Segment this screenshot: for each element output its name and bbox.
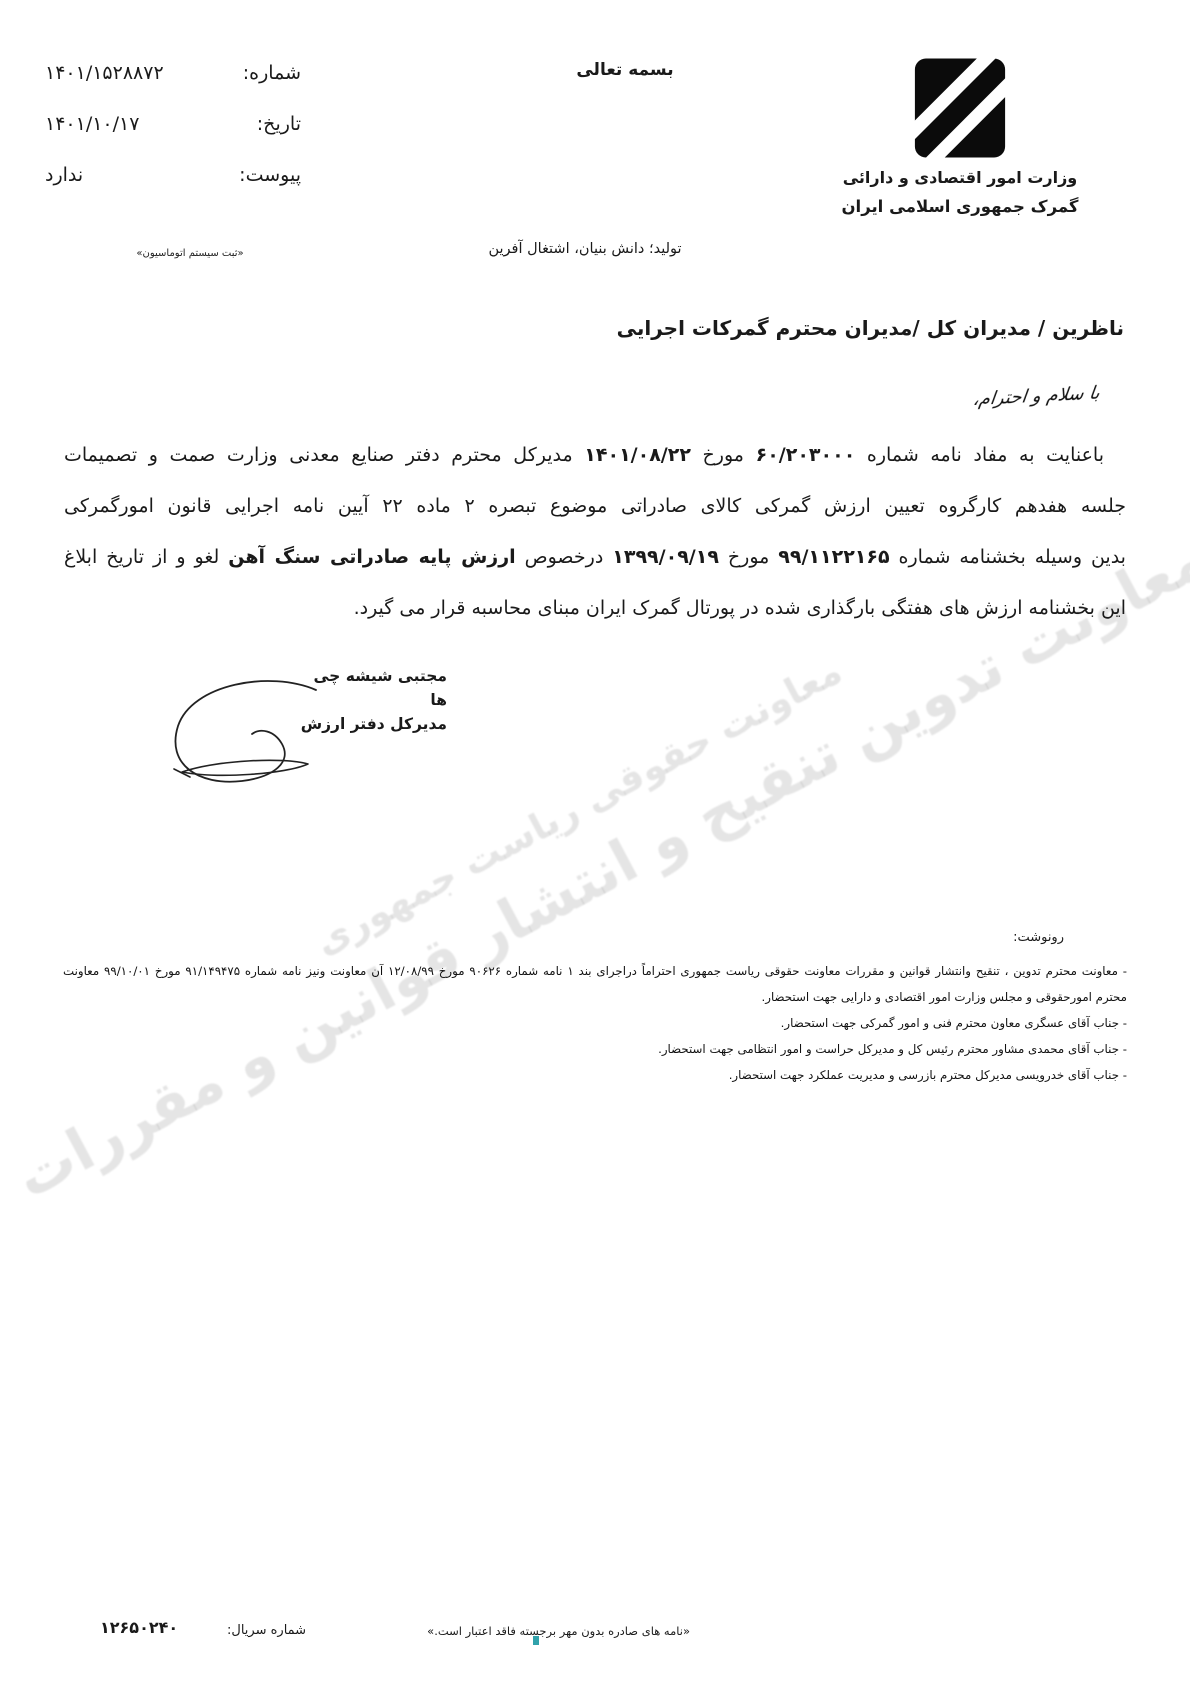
recipients-heading: ناظرین / مدیران کل /مدیران محترم گمرکات … xyxy=(617,316,1124,340)
year-slogan: تولید؛ دانش بنیان، اشتغال آفرین xyxy=(465,241,705,257)
letter-date-row: تاریخ: ۱۴۰۱/۱۰/۱۷ xyxy=(45,113,301,135)
cc-item-4: - جناب آقای خدرویسی مدیرکل محترم بازرسی … xyxy=(63,1062,1127,1088)
body-l1-ref-number: ۶۰/۲۰۳۰۰۰ xyxy=(756,444,856,466)
cc-label: رونوشت: xyxy=(1013,930,1064,945)
body-l3-text-a: بدین وسیله بخشنامه شماره xyxy=(890,546,1126,568)
ministry-name: وزارت امور اقتصادی و دارائی xyxy=(820,168,1100,187)
serial-number-label: شماره سریال: xyxy=(227,1623,306,1638)
body-l3-circular-number: ۹۹/۱۱۲۲۱۶۵ xyxy=(778,546,889,568)
serial-number-value: ۱۲۶۵۰۲۴۰ xyxy=(100,1618,178,1637)
handwritten-salutation: با سلام و احترام، xyxy=(972,383,1101,411)
attachment-value: ندارد xyxy=(45,164,83,186)
footer-disclaimer: «نامه های صادره بدون مهر برجسته فاقد اعت… xyxy=(398,1624,690,1638)
cc-item-1: - معاونت محترم تدوین ، تنقیح وانتشار قوا… xyxy=(63,958,1127,1010)
teal-print-mark xyxy=(533,1636,539,1645)
attachment-row: پیوست: ندارد xyxy=(45,164,301,186)
body-l1-ref-date: ۱۴۰۱/۰۸/۲۲ xyxy=(584,444,691,466)
body-l3-text-b: مورخ xyxy=(719,546,778,568)
letter-body: باعنایت به مفاد نامه شماره ۶۰/۲۰۳۰۰۰ مور… xyxy=(64,430,1126,634)
bismillah-text: بسمه تعالی xyxy=(540,60,710,80)
body-line-3: بدین وسیله بخشنامه شماره ۹۹/۱۱۲۲۱۶۵ مورخ… xyxy=(64,532,1126,583)
cc-list: - معاونت محترم تدوین ، تنقیح وانتشار قوا… xyxy=(63,958,1127,1088)
body-line-2: جلسه هفدهم کارگروه تعیین ارزش گمرکی کالا… xyxy=(64,481,1126,532)
letter-date-label: تاریخ: xyxy=(257,113,301,135)
organization-name: گمرک جمهوری اسلامی ایران xyxy=(820,197,1100,216)
body-l1-text-a: باعنایت به مفاد نامه شماره xyxy=(855,444,1104,466)
customs-logo-icon xyxy=(905,50,1015,166)
attachment-label: پیوست: xyxy=(239,164,301,186)
body-l3-subject-bold: ارزش پایه صادراتی سنگ آهن xyxy=(228,546,515,568)
automation-registration-note: «ثبت سیستم اتوماسیون» xyxy=(130,248,250,259)
letter-number-row: شماره: ۱۴۰۱/۱۵۲۸۸۷۲ xyxy=(45,62,301,84)
letter-number-label: شماره: xyxy=(243,62,301,84)
body-line-1: باعنایت به مفاد نامه شماره ۶۰/۲۰۳۰۰۰ مور… xyxy=(64,430,1126,481)
official-letter-page: معاونت حقوقی ریاست جمهوری معاونت تدوین ت… xyxy=(0,0,1190,1683)
body-l3-text-c: درخصوص xyxy=(516,546,613,568)
letter-number-value: ۱۴۰۱/۱۵۲۸۸۷۲ xyxy=(45,62,164,84)
letter-date-value: ۱۴۰۱/۱۰/۱۷ xyxy=(45,113,139,135)
body-l1-text-c: مدیرکل محترم دفتر صنایع معدنی وزارت صمت … xyxy=(64,444,584,466)
cc-item-2: - جناب آقای عسگری معاون محترم فنی و امور… xyxy=(63,1010,1127,1036)
body-line-4: این بخشنامه ارزش های هفتگی بارگذاری شده … xyxy=(64,583,1126,634)
body-l1-text-b: مورخ xyxy=(691,444,756,466)
letterhead-meta: شماره: ۱۴۰۱/۱۵۲۸۸۷۲ تاریخ: ۱۴۰۱/۱۰/۱۷ پی… xyxy=(45,62,301,215)
body-l3-circular-date: ۱۳۹۹/۰۹/۱۹ xyxy=(612,546,719,568)
signature-scribble xyxy=(166,676,324,792)
cc-item-3: - جناب آقای محمدی مشاور محترم رئیس کل و … xyxy=(63,1036,1127,1062)
body-l3-text-d: لغو و از تاریخ ابلاغ xyxy=(64,546,228,568)
